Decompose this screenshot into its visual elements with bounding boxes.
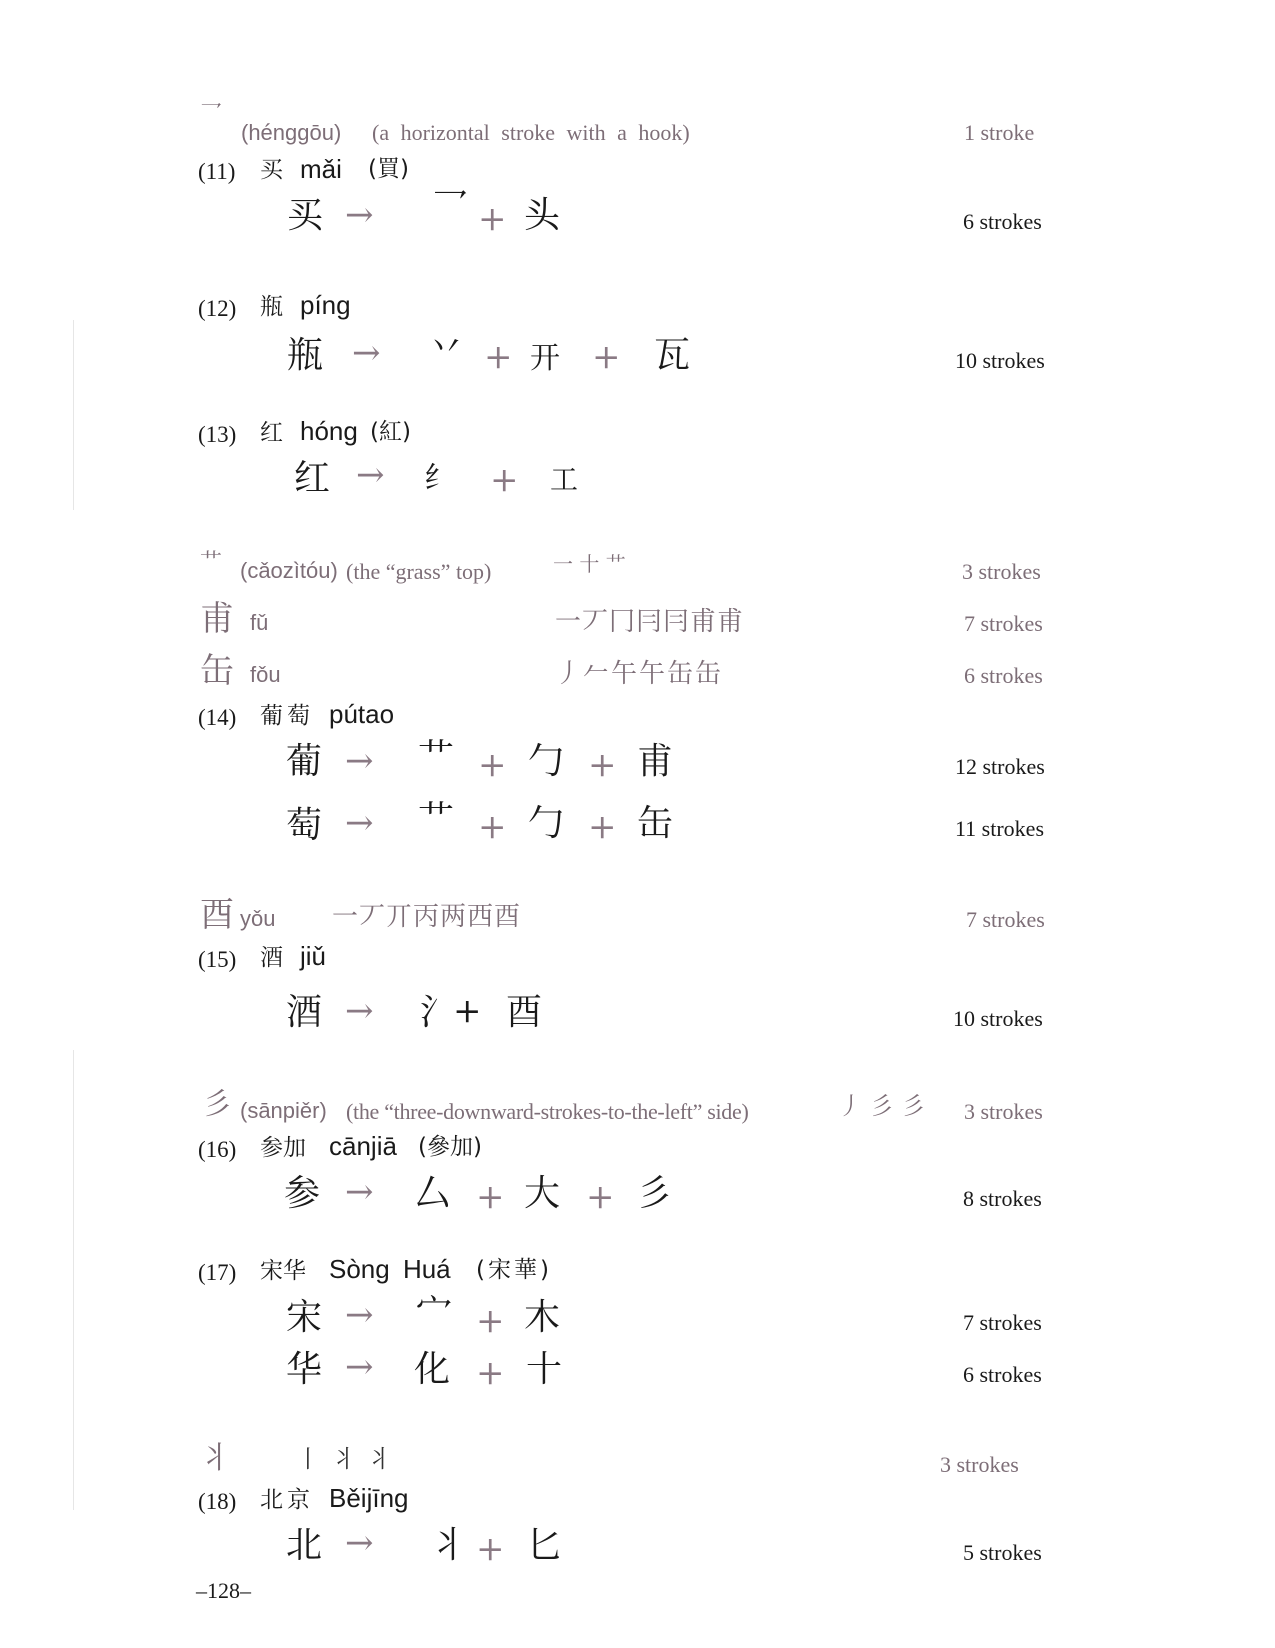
decomp-char: 瓶	[287, 338, 323, 374]
decomp-part: 酉	[506, 995, 542, 1031]
stroke-order: 丿 彡 彡	[838, 1094, 925, 1118]
decomp-part: 头	[524, 198, 560, 234]
decomp-part: 厶	[414, 1176, 450, 1212]
decomp-part: 丬	[430, 1528, 466, 1564]
component-pinyin: fǔ	[250, 612, 268, 634]
stroke-count: 6 strokes	[963, 211, 1042, 233]
entry-characters: 宋华	[260, 1260, 306, 1283]
stroke-order: 一 十 艹	[553, 554, 626, 574]
stroke-count: 7 strokes	[964, 613, 1043, 635]
arrow-icon: →	[345, 994, 374, 1028]
stroke-count: 10 strokes	[953, 1008, 1043, 1030]
entry-traditional: (宋華)	[476, 1259, 552, 1282]
stroke-count: 1 stroke	[964, 122, 1034, 144]
entry-number: (13)	[198, 423, 236, 446]
entry-number: (16)	[198, 1138, 236, 1161]
decomp-char: 酒	[286, 995, 322, 1031]
plus-icon: +	[478, 748, 507, 782]
entry-pinyin: cānjiā	[329, 1133, 397, 1159]
decomp-part: 匕	[526, 1528, 562, 1564]
decomp-char: 北	[286, 1528, 322, 1564]
arrow-icon: →	[356, 458, 385, 492]
entry-characters: 买	[260, 159, 283, 182]
radical-glyph: 乛	[200, 104, 222, 126]
arrow-icon: →	[345, 1298, 374, 1332]
stroke-count: 3 strokes	[940, 1454, 1019, 1476]
stroke-count: 7 strokes	[963, 1312, 1042, 1334]
entry-pinyin: pútao	[329, 701, 394, 727]
radical-description: (the “three-downward-strokes-to-the-left…	[346, 1101, 749, 1123]
stroke-order: 一丆丌丙两西酉	[332, 904, 521, 930]
decomp-part: 乛	[432, 190, 468, 226]
stroke-count: 3 strokes	[962, 561, 1041, 583]
radical-pinyin: (hénggōu)	[241, 122, 341, 144]
stroke-order: 一丆冂冃冃甫甫	[555, 609, 744, 635]
plus-icon: +	[476, 1180, 505, 1214]
scan-margin-line	[73, 1050, 74, 1510]
arrow-icon: →	[345, 1526, 374, 1560]
decomp-char: 买	[287, 198, 323, 234]
decomp-part: 艹	[418, 802, 454, 838]
arrow-icon: →	[345, 806, 374, 840]
arrow-icon: →	[345, 1350, 374, 1384]
decomp-part: 彡	[636, 1176, 672, 1212]
stroke-count: 6 strokes	[964, 665, 1043, 687]
stroke-order: 丿𠂉午午缶缶	[555, 661, 723, 687]
decomp-part: 工	[550, 466, 578, 494]
radical-pinyin: (sānpiěr)	[240, 1100, 327, 1122]
entry-characters: 参加	[260, 1137, 306, 1160]
stroke-order: 丨 丬 丬	[296, 1447, 391, 1471]
entry-characters: 红	[260, 422, 283, 445]
decomp-char: 华	[286, 1352, 322, 1388]
decomp-char: 参	[284, 1176, 320, 1212]
entry-number: (14)	[198, 706, 236, 729]
radical-pinyin: (cǎozìtóu)	[240, 560, 338, 582]
entry-characters: 瓶	[260, 296, 283, 319]
entry-characters: 酒	[260, 947, 283, 970]
plus-icon: +	[453, 994, 482, 1028]
arrow-icon: →	[345, 744, 374, 778]
decomp-char: 萄	[286, 808, 322, 844]
radical-glyph: 丬	[200, 1444, 230, 1474]
entry-number: (11)	[198, 160, 235, 183]
decomp-part: 丷	[428, 330, 464, 366]
entry-number: (18)	[198, 1490, 236, 1513]
decomp-char: 宋	[286, 1300, 322, 1336]
decomp-part: 宀	[416, 1294, 452, 1330]
plus-icon: +	[490, 463, 519, 497]
decomp-part: 开	[530, 344, 560, 374]
plus-icon: +	[592, 340, 621, 374]
page-number: –128–	[196, 1580, 251, 1602]
decomp-part: 木	[524, 1300, 560, 1336]
arrow-icon: →	[345, 1175, 374, 1209]
decomp-part: 勹	[528, 744, 564, 780]
decomp-char: 红	[294, 461, 330, 497]
decomp-part: 瓦	[654, 338, 690, 374]
entry-characters: 葡萄	[260, 705, 314, 728]
entry-number: (17)	[198, 1261, 236, 1284]
plus-icon: +	[476, 1532, 505, 1566]
plus-icon: +	[588, 810, 617, 844]
decomp-part: 勹	[528, 806, 564, 842]
entry-pinyin: mǎi	[300, 156, 342, 182]
component-glyph: 酉	[200, 898, 234, 932]
decomp-part: 十	[526, 1352, 562, 1388]
component-glyph: 甫	[200, 602, 234, 636]
radical-description: (the “grass” top)	[346, 561, 491, 583]
plus-icon: +	[478, 810, 507, 844]
entry-number: (12)	[198, 297, 236, 320]
stroke-count: 11 strokes	[955, 818, 1044, 840]
radical-glyph: 艹	[200, 552, 222, 574]
component-pinyin: fǒu	[250, 664, 281, 686]
stroke-count: 8 strokes	[963, 1188, 1042, 1210]
stroke-count: 3 strokes	[964, 1101, 1043, 1123]
entry-traditional: (買)	[368, 158, 409, 181]
entry-pinyin: Sòng Huá	[329, 1256, 451, 1282]
entry-traditional: (紅)	[370, 421, 411, 444]
decomp-part: 甫	[637, 744, 673, 780]
stroke-count: 10 strokes	[955, 350, 1045, 372]
plus-icon: +	[476, 1304, 505, 1338]
entry-traditional: (參加)	[418, 1136, 482, 1159]
decomp-part: 艹	[418, 740, 454, 776]
stroke-count: 5 strokes	[963, 1542, 1042, 1564]
decomp-char: 葡	[286, 744, 322, 780]
entry-pinyin: jiǔ	[300, 943, 326, 969]
decomp-part: 缶	[637, 806, 673, 842]
stroke-count: 7 strokes	[966, 909, 1045, 931]
stroke-count: 12 strokes	[955, 756, 1045, 778]
plus-icon: +	[478, 202, 507, 236]
decomp-part: 化	[414, 1352, 450, 1388]
decomp-part: 大	[524, 1176, 560, 1212]
decomp-part: 纟	[424, 464, 454, 494]
entry-pinyin: hóng	[300, 418, 358, 444]
plus-icon: +	[586, 1180, 615, 1214]
entry-pinyin: píng	[300, 292, 351, 318]
plus-icon: +	[476, 1356, 505, 1390]
component-pinyin: yǒu	[240, 908, 275, 930]
entry-pinyin: Běijīng	[329, 1485, 409, 1511]
scan-margin-line	[73, 320, 74, 510]
entry-number: (15)	[198, 948, 236, 971]
decomp-part: 氵	[420, 995, 456, 1031]
entry-characters: 北京	[260, 1489, 314, 1512]
component-glyph: 缶	[200, 654, 234, 688]
arrow-icon: →	[352, 336, 381, 370]
plus-icon: +	[588, 748, 617, 782]
radical-description: (a horizontal stroke with a hook)	[372, 122, 690, 144]
radical-glyph: 彡	[202, 1090, 232, 1120]
arrow-icon: →	[345, 198, 374, 232]
plus-icon: +	[484, 340, 513, 374]
stroke-count: 6 strokes	[963, 1364, 1042, 1386]
